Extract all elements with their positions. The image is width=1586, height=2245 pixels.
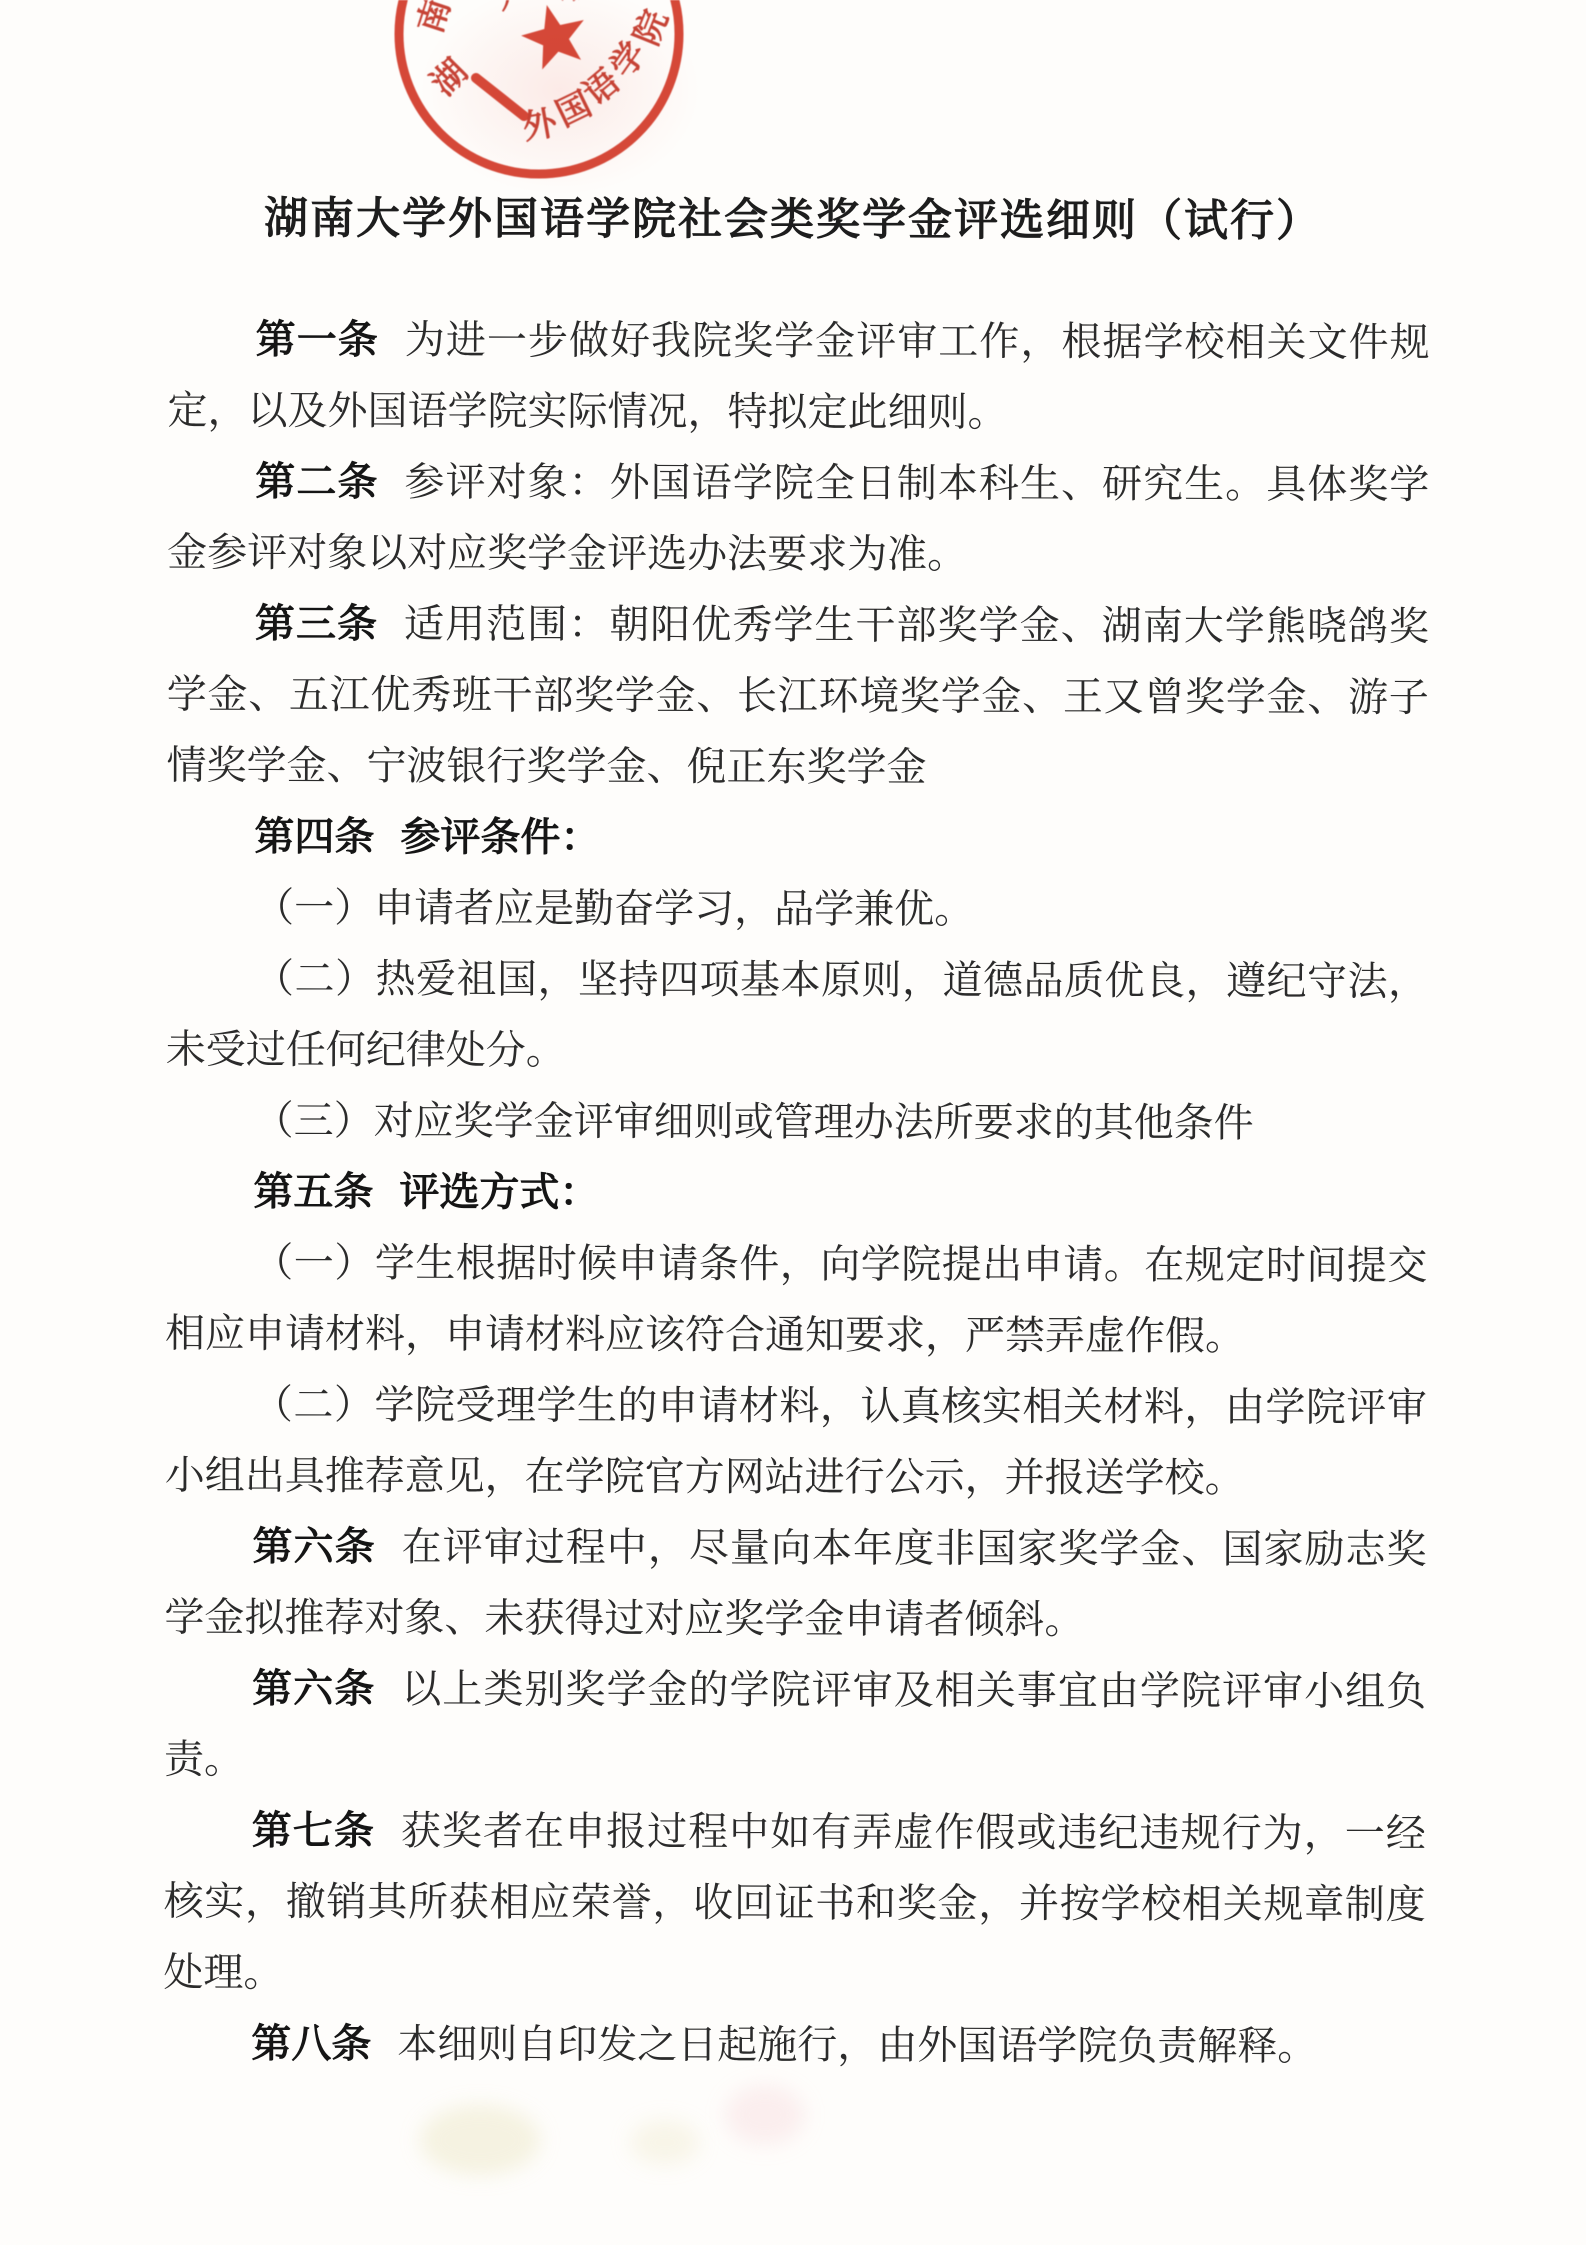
clause-text: 对应奖学金评审细则或管理办法所要求的其他条件 xyxy=(374,1098,1254,1145)
page-title: 湖南大学外国语学院社会类奖学金评选细则（试行） xyxy=(0,181,1586,249)
clause-paragraph: 第一条为进一步做好我院奖学金评审工作，根据学校相关文件规定，以及外国语学院实际情… xyxy=(167,304,1429,449)
clause-number: （二） xyxy=(254,956,376,1001)
clause-paragraph: 第七条获奖者在申报过程中如有弄虚作假或违纪违规行为，一经核实，撤销其所获相应荣誉… xyxy=(163,1795,1426,2011)
clause-number: 第八条 xyxy=(251,2021,371,2066)
clause-paragraph: 第八条本细则自印发之日起施行，由外国语学院负责解释。 xyxy=(163,2008,1425,2082)
clause-text: 本细则自印发之日起施行，由外国语学院负责解释。 xyxy=(397,2021,1317,2068)
clause-paragraph: （一）学生根据时候申请条件，向学院提出申请。在规定时间提交相应申请材料，申请材料… xyxy=(165,1227,1427,1372)
clause-number: （二） xyxy=(253,1382,375,1427)
clause-number: 第一条 xyxy=(256,317,379,362)
clause-text: 参评条件： xyxy=(400,814,600,860)
clause-number: 第二条 xyxy=(255,459,378,504)
clause-number: （三） xyxy=(254,1098,374,1143)
clause-number: 第五条 xyxy=(253,1169,373,1214)
document-content: 湖南大学外国语学院社会类奖学金评选细则（试行） 第一条为进一步做好我院奖学金评审… xyxy=(0,0,1586,2245)
clause-number: 第三条 xyxy=(255,601,378,646)
clause-number: 第六条 xyxy=(252,1666,375,1711)
clause-paragraph: 第二条参评对象：外国语学院全日制本科生、研究生。具体奖学金参评对象以对应奖学金评… xyxy=(167,446,1429,591)
clause-number: （一） xyxy=(254,885,374,930)
clause-paragraph: （三）对应奖学金评审细则或管理办法所要求的其他条件 xyxy=(166,1085,1428,1159)
clause-text: 申请者应是勤奋学习，品学兼优。 xyxy=(374,885,974,932)
clause-paragraph: 第六条在评审过程中，尽量向本年度非国家奖学金、国家励志奖学金拟推荐对象、未获得过… xyxy=(164,1511,1426,1656)
clause-paragraph: 第四条参评条件： xyxy=(166,801,1428,875)
document-body: 第一条为进一步做好我院奖学金评审工作，根据学校相关文件规定，以及外国语学院实际情… xyxy=(163,304,1430,2082)
clause-paragraph: 第三条适用范围：朝阳优秀学生干部奖学金、湖南大学熊晓鸽奖学金、五江优秀班干部奖学… xyxy=(166,588,1429,804)
clause-number: 第七条 xyxy=(252,1808,375,1853)
scanned-document-page: 南 湖 大 学 外 国 语 学 院 湖南大学外国语学院社会类奖学金评选细则（试行… xyxy=(0,0,1586,2245)
clause-number: 第四条 xyxy=(254,814,374,859)
clause-paragraph: 第六条以上类别奖学金的学院评审及相关事宜由学院评审小组负责。 xyxy=(164,1653,1426,1798)
clause-number: （一） xyxy=(253,1240,375,1285)
clause-paragraph: （一）申请者应是勤奋学习，品学兼优。 xyxy=(166,872,1428,946)
clause-paragraph: （二）热爱祖国，坚持四项基本原则，道德品质优良，遵纪守法，未受过任何纪律处分。 xyxy=(166,943,1428,1088)
clause-paragraph: 第五条评选方式： xyxy=(165,1156,1427,1230)
clause-number: 第六条 xyxy=(252,1524,375,1569)
clause-paragraph: （二）学院受理学生的申请材料，认真核实相关材料，由学院评审小组出具推荐意见，在学… xyxy=(165,1369,1427,1514)
clause-text: 评选方式： xyxy=(399,1169,599,1215)
